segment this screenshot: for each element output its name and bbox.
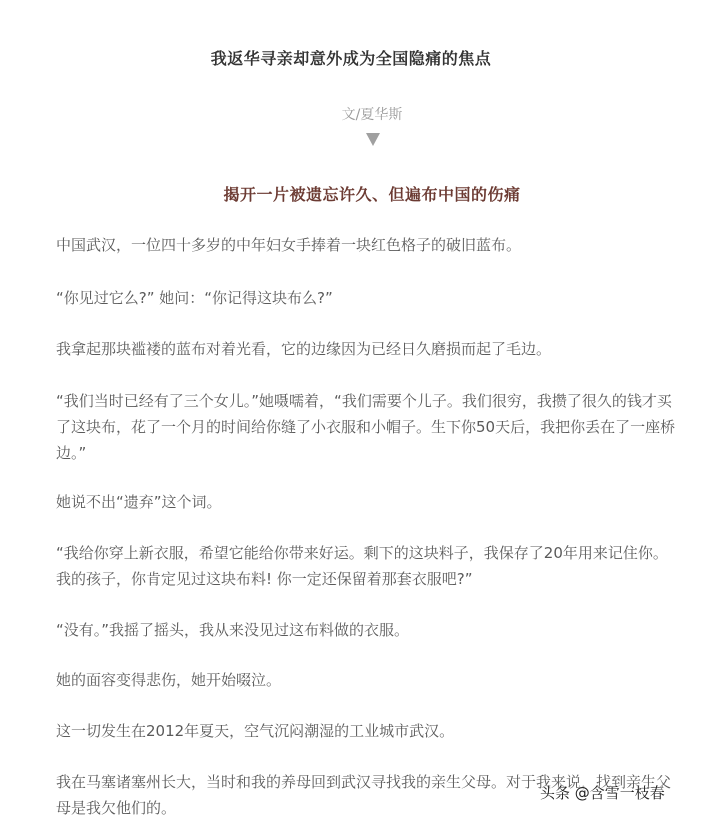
down-triangle-icon <box>366 133 380 146</box>
watermark: 头条 @含雪一枝春 <box>540 782 665 803</box>
paragraph: 中国武汉，一位四十多岁的中年妇女手捧着一块红色格子的破旧蓝布。 <box>56 232 676 258</box>
paragraph: “你见过它么?” 她问：“你记得这块布么?” <box>56 285 676 311</box>
article: 我返华寻亲却意外成为全国隐痛的焦点 文/夏华斯 揭开一片被遗忘许久、但遍布中国的… <box>0 0 702 816</box>
paragraph: 她的面容变得悲伤，她开始啜泣。 <box>56 667 676 693</box>
paragraph: 这一切发生在2012年夏天，空气沉闷潮湿的工业城市武汉。 <box>56 718 676 744</box>
article-title: 我返华寻亲却意外成为全国隐痛的焦点 <box>0 46 702 69</box>
paragraph: “没有。”我摇了摇头，我从来没见过这布料做的衣服。 <box>56 617 676 643</box>
paragraph: 我拿起那块褴褛的蓝布对着光看，它的边缘因为已经日久磨损而起了毛边。 <box>56 336 676 362</box>
paragraph: 她说不出“遗弃”这个词。 <box>56 489 676 515</box>
section-subtitle: 揭开一片被遗忘许久、但遍布中国的伤痛 <box>0 182 702 205</box>
author-byline: 文/夏华斯 <box>0 104 702 124</box>
paragraph: “我们当时已经有了三个女儿。”她嗫嚅着，“我们需要个儿子。我们很穷，我攒了很久的… <box>56 388 676 466</box>
paragraph: “我给你穿上新衣服，希望它能给你带来好运。剩下的这块料子，我保存了20年用来记住… <box>56 540 676 592</box>
